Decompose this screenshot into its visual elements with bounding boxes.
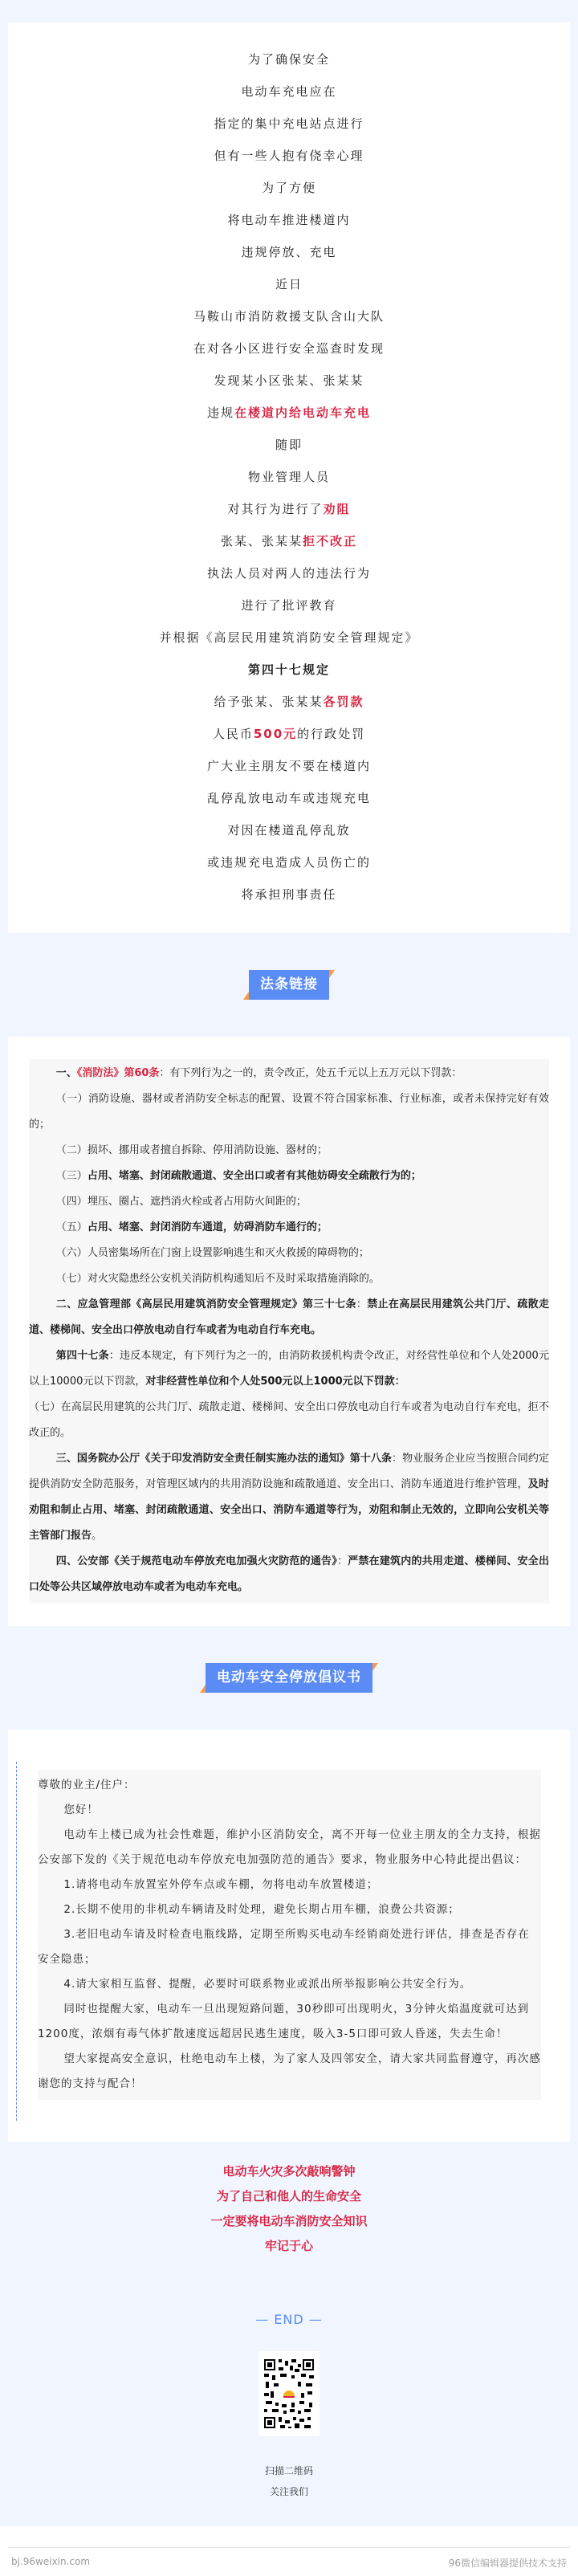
law-card: 一、《消防法》第60条：有下列行为之一的，责令改正，处五千元以上五万元以下罚款：… <box>8 1037 570 1626</box>
slogan-line: 牢记于心 <box>0 2234 578 2259</box>
item-text: 损坏、挪用或者擅自拆除、停用消防设施、器材的； <box>88 1144 328 1156</box>
law-paragraph: 四、公安部《关于规范电动车停放充电加强火灾防范的通告》：严禁在建筑内的共用走道、… <box>29 1549 549 1600</box>
intro-line: 对其行为进行了劝阻 <box>8 493 570 525</box>
proposal-paragraph: 望大家提高安全意识，杜绝电动车上楼，为了家人及四邻安全，请大家共同监督遵守，再次… <box>38 2047 541 2097</box>
intro-line: 物业管理人员 <box>8 461 570 493</box>
section-title-law: 法条链接 <box>0 933 578 1037</box>
intro-line: 在对各小区进行安全巡查时发现 <box>8 332 570 365</box>
article-page: 为了确保安全 电动车充电应在 指定的集中充电站点进行 但有一些人抱有侥幸心理 为… <box>0 0 578 2526</box>
qr-caption-line: 扫描二维码 <box>0 2460 578 2481</box>
intro-line: 将电动车推进楼道内 <box>8 204 570 236</box>
law-item: （七）在高层民用建筑的公共门厅、疏散走道、楼梯间、安全出口停放电动自行车或者为电… <box>29 1395 549 1446</box>
slogan-line: 电动车火灾多次敲响警钟 <box>0 2159 578 2184</box>
section-title-proposal: 电动车安全停放倡议书 <box>0 1626 578 1730</box>
law-item: （一）消防设施、器材或者消防安全标志的配置、设置不符合国家标准、行业标准，或者未… <box>29 1086 549 1138</box>
qr-code-graphic <box>263 2356 315 2431</box>
law-item: （五）占用、堵塞、封闭消防车通道，妨碍消防车通行的； <box>29 1215 549 1241</box>
intro-line: 为了方便 <box>8 172 570 204</box>
intro-line: 近日 <box>8 268 570 300</box>
proposal-block: 尊敬的业主/住户： 您好！ 电动车上楼已成为社会性难题，维护小区消防安全，离不开… <box>38 1770 541 2100</box>
item-text: 对火灾隐患经公安机关消防机构通知后不及时采取措施消除的。 <box>88 1273 380 1285</box>
proposal-item: 3.老旧电动车请及时检查电瓶线路，定期至所购买电动车经销商处进行评估，排查是否存… <box>38 1922 541 1972</box>
intro-line: 人民币500元的行政处罚 <box>8 718 570 750</box>
proposal-item: 4.请大家相互监督、提醒，必要时可联系物业或派出所举报影响公共安全行为。 <box>38 1972 541 1997</box>
line-text: 对其行为进行了 <box>227 502 323 516</box>
item-prefix: （二） <box>56 1144 88 1156</box>
law-paragraph: 三、国务院办公厅《关于印发消防安全责任制实施办法的通知》第十八条：物业服务企业应… <box>29 1446 549 1549</box>
intro-line: 发现某小区张某、张某某 <box>8 365 570 397</box>
intro-line: 第四十七规定 <box>8 654 570 686</box>
law-text: 对非经营性单位和个人处500元以上1000元以下罚款： <box>145 1376 405 1388</box>
qr-caption-line: 关注我们 <box>0 2481 578 2502</box>
highlight-text: 劝阻 <box>324 502 351 516</box>
proposal-item: 1.请将电动车放置室外停车点或车棚，勿将电动车放置楼道； <box>38 1873 541 1897</box>
qr-caption: 扫描二维码 关注我们 <box>0 2436 578 2526</box>
intro-line: 违规在楼道内给电动车充电 <box>8 397 570 429</box>
section-badge: 电动车安全停放倡议书 <box>206 1663 372 1693</box>
intro-line: 给予张某、张某某各罚款 <box>8 686 570 718</box>
footer-bar: bj.96weixin.com 96微信编辑器提供技术支持 <box>8 2547 570 2570</box>
greeting: 您好！ <box>38 1798 541 1823</box>
intro-card: 为了确保安全 电动车充电应在 指定的集中充电站点进行 但有一些人抱有侥幸心理 为… <box>8 22 570 933</box>
law-item: （二）损坏、挪用或者擅自拆除、停用消防设施、器材的； <box>29 1138 549 1164</box>
proposal-paragraph: 同时也提醒大家，电动车一旦出现短路问题，30秒即可出现明火，3分钟火焰温度就可达… <box>38 1997 541 2047</box>
law-title: 第四十七条 <box>56 1350 109 1362</box>
highlight-text: 拒不改正 <box>303 534 357 548</box>
intro-line: 张某、张某某拒不改正 <box>8 525 570 557</box>
law-item: （六）人员密集场所在门窗上设置影响逃生和灭火救援的障碍物的； <box>29 1241 549 1266</box>
law-paragraph: 第四十七条：违反本规定，有下列行为之一的，由消防救援机构责令改正，对经营性单位和… <box>29 1343 549 1395</box>
law-text: ： <box>337 1555 348 1567</box>
item-text: 埋压、圈占、遮挡消火栓或者占用防火间距的； <box>88 1196 307 1208</box>
item-prefix: （一） <box>56 1093 88 1105</box>
law-paragraph: 一、《消防法》第60条：有下列行为之一的，责令改正，处五千元以上五万元以下罚款： <box>29 1061 549 1086</box>
line-text: 的行政处罚 <box>297 727 365 741</box>
end-mark: — END — <box>0 2259 578 2327</box>
highlight-text: 在楼道内给电动车充电 <box>234 406 371 420</box>
intro-line: 执法人员对两人的违法行为 <box>8 557 570 589</box>
highlight-text: 各罚款 <box>324 695 364 709</box>
item-prefix: （七） <box>56 1273 88 1285</box>
law-title: 四、公安部《关于规范电动车停放充电加强火灾防范的通告》 <box>56 1555 337 1567</box>
proposal-item: 2.长期不使用的非机动车辆请及时处理，避免长期占用车棚，浪费公共资源； <box>38 1897 541 1922</box>
item-text: 占用、堵塞、封闭疏散通道、安全出口或者有其他妨碍安全疏散行为的； <box>88 1170 421 1182</box>
law-title: 二、应急管理部《高层民用建筑消防安全管理规定》第三十七条 <box>56 1298 356 1310</box>
law-number: 一、 <box>56 1067 77 1079</box>
intro-line: 进行了批评教育 <box>8 589 570 622</box>
footer: bj.96weixin.com 96微信编辑器提供技术支持 <box>0 2526 578 2576</box>
item-text: 消防设施、器材或者消防安全标志的配置、设置不符合国家标准、行业标准，或者未保持完… <box>29 1093 549 1131</box>
highlight-text: 500元 <box>254 727 297 741</box>
intro-line: 乱停乱放电动车或违规充电 <box>8 782 570 814</box>
slogan-line: 为了自己和他人的生命安全 <box>0 2184 578 2209</box>
law-text: 。 <box>92 1530 102 1542</box>
intro-line: 广大业主朋友不要在楼道内 <box>8 750 570 782</box>
salutation: 尊敬的业主/住户： <box>38 1773 541 1798</box>
law-text: ： <box>356 1298 367 1310</box>
slogan-line: 一定要将电动车消防安全知识 <box>0 2209 578 2234</box>
footer-credit: 96微信编辑器提供技术支持 <box>449 2556 567 2570</box>
line-text: 人民币 <box>213 727 254 741</box>
intro-line: 将承担刑事责任 <box>8 878 570 911</box>
line-text: 张某、张某某 <box>221 534 303 548</box>
law-item: （七）对火灾隐患经公安机关消防机构通知后不及时采取措施消除的。 <box>29 1266 549 1292</box>
dashed-border: 尊敬的业主/住户： 您好！ 电动车上楼已成为社会性难题，维护小区消防安全，离不开… <box>16 1762 570 2121</box>
item-prefix: （三） <box>56 1170 88 1182</box>
qr-wrap <box>0 2327 578 2436</box>
intro-line: 对因在楼道乱停乱放 <box>8 814 570 846</box>
intro-line: 马鞍山市消防救援支队含山大队 <box>8 300 570 332</box>
intro-line: 指定的集中充电站点进行 <box>8 108 570 140</box>
footer-site-link[interactable]: bj.96weixin.com <box>11 2556 90 2570</box>
item-prefix: （六） <box>56 1247 88 1259</box>
item-prefix: （五） <box>56 1221 88 1233</box>
intro-line: 并根据《高层民用建筑消防安全管理规定》 <box>8 622 570 654</box>
section-badge: 法条链接 <box>249 970 329 1000</box>
proposal-card: 尊敬的业主/住户： 您好！ 电动车上楼已成为社会性难题，维护小区消防安全，离不开… <box>8 1730 570 2142</box>
intro-line: 但有一些人抱有侥幸心理 <box>8 140 570 172</box>
law-title: 《消防法》第60条 <box>77 1067 160 1079</box>
intro-line: 或违规充电造成人员伤亡的 <box>8 846 570 878</box>
qr-code-icon[interactable] <box>258 2351 320 2436</box>
item-text: 占用、堵塞、封闭消防车通道，妨碍消防车通行的； <box>88 1221 328 1233</box>
law-paragraph: 二、应急管理部《高层民用建筑消防安全管理规定》第三十七条：禁止在高层民用建筑公共… <box>29 1292 549 1343</box>
line-text: 给予张某、张某某 <box>214 695 323 709</box>
intro-line: 违规停放、充电 <box>8 236 570 268</box>
proposal-paragraph: 电动车上楼已成为社会性难题，维护小区消防安全，离不开每一位业主朋友的全力支持，根… <box>38 1823 541 1873</box>
intro-line: 为了确保安全 <box>8 43 570 75</box>
intro-line: 电动车充电应在 <box>8 75 570 108</box>
law-item: （四）埋压、圈占、遮挡消火栓或者占用防火间距的； <box>29 1189 549 1215</box>
slogan: 电动车火灾多次敲响警钟 为了自己和他人的生命安全 一定要将电动车消防安全知识 牢… <box>0 2142 578 2259</box>
intro-line: 随即 <box>8 429 570 461</box>
law-quote-block: 一、《消防法》第60条：有下列行为之一的，责令改正，处五千元以上五万元以下罚款：… <box>29 1059 549 1604</box>
law-title: 三、国务院办公厅《关于印发消防安全责任制实施办法的通知》第十八条 <box>56 1453 392 1465</box>
item-prefix: （四） <box>56 1196 88 1208</box>
line-text: 违规 <box>207 406 234 420</box>
law-text: ：有下列行为之一的，责令改正，处五千元以上五万元以下罚款： <box>159 1067 462 1079</box>
item-text: 人员密集场所在门窗上设置影响逃生和灭火救援的障碍物的； <box>88 1247 369 1259</box>
law-item: （三）占用、堵塞、封闭疏散通道、安全出口或者有其他妨碍安全疏散行为的； <box>29 1164 549 1189</box>
